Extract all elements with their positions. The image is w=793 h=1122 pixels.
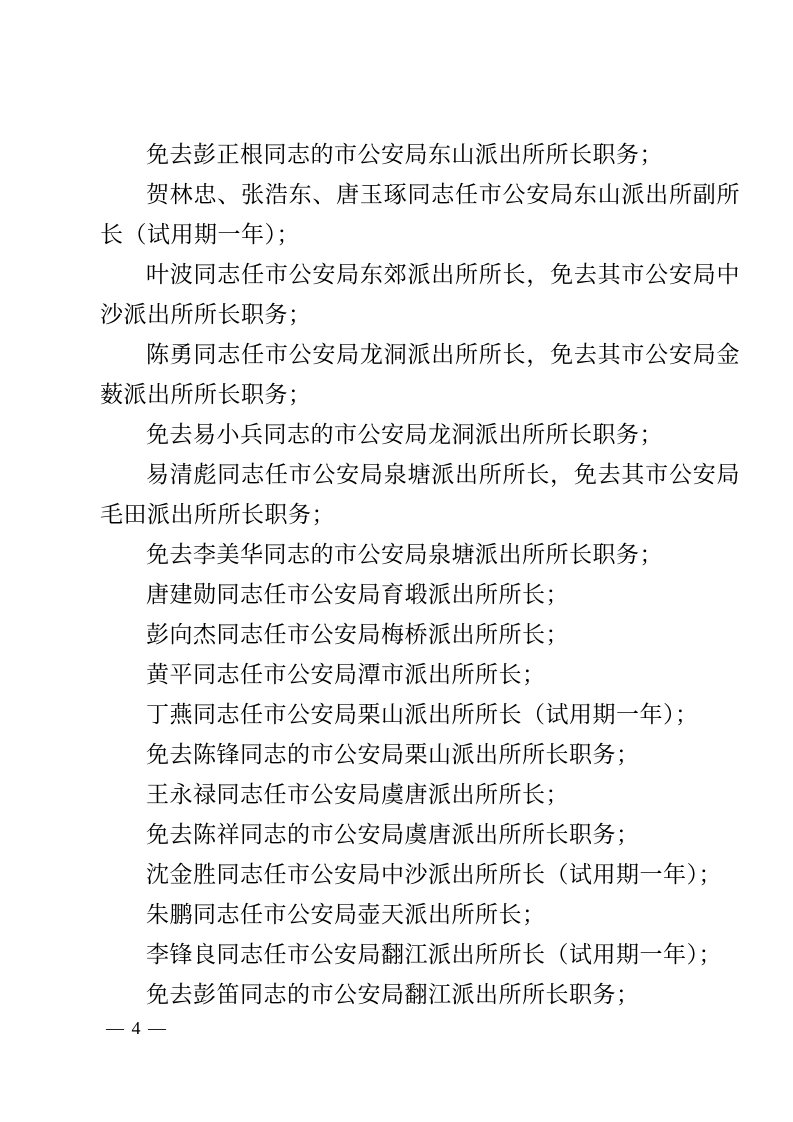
paragraph: 李锋良同志任市公安局翻江派出所所长（试用期一年）； (100, 934, 740, 974)
paragraph: 贺林忠、张浩东、唐玉琢同志任市公安局东山派出所副所长（试用期一年）； (100, 174, 740, 254)
document-body: 免去彭正根同志的市公安局东山派出所所长职务；贺林忠、张浩东、唐玉琢同志任市公安局… (100, 134, 740, 1014)
paragraph: 唐建勋同志任市公安局育塅派出所所长； (100, 574, 740, 614)
paragraph: 免去李美华同志的市公安局泉塘派出所所长职务； (100, 534, 740, 574)
paragraph: 叶波同志任市公安局东郊派出所所长，免去其市公安局中沙派出所所长职务； (100, 254, 740, 334)
paragraph: 丁燕同志任市公安局栗山派出所所长（试用期一年）； (100, 694, 740, 734)
paragraph: 彭向杰同志任市公安局梅桥派出所所长； (100, 614, 740, 654)
paragraph: 免去陈祥同志的市公安局虞唐派出所所长职务； (100, 814, 740, 854)
paragraph: 沈金胜同志任市公安局中沙派出所所长（试用期一年）； (100, 854, 740, 894)
page-number: — 4 — (106, 1018, 168, 1039)
paragraph: 陈勇同志任市公安局龙洞派出所所长，免去其市公安局金薮派出所所长职务； (100, 334, 740, 414)
paragraph: 免去易小兵同志的市公安局龙洞派出所所长职务； (100, 414, 740, 454)
paragraph: 免去彭正根同志的市公安局东山派出所所长职务； (100, 134, 740, 174)
document-page: 免去彭正根同志的市公安局东山派出所所长职务；贺林忠、张浩东、唐玉琢同志任市公安局… (0, 0, 793, 1122)
paragraph: 免去彭笛同志的市公安局翻江派出所所长职务； (100, 974, 740, 1014)
paragraph: 黄平同志任市公安局潭市派出所所长； (100, 654, 740, 694)
paragraph: 免去陈锋同志的市公安局栗山派出所所长职务； (100, 734, 740, 774)
paragraph: 朱鹏同志任市公安局壶天派出所所长； (100, 894, 740, 934)
paragraph: 王永禄同志任市公安局虞唐派出所所长； (100, 774, 740, 814)
paragraph: 易清彪同志任市公安局泉塘派出所所长，免去其市公安局毛田派出所所长职务； (100, 454, 740, 534)
